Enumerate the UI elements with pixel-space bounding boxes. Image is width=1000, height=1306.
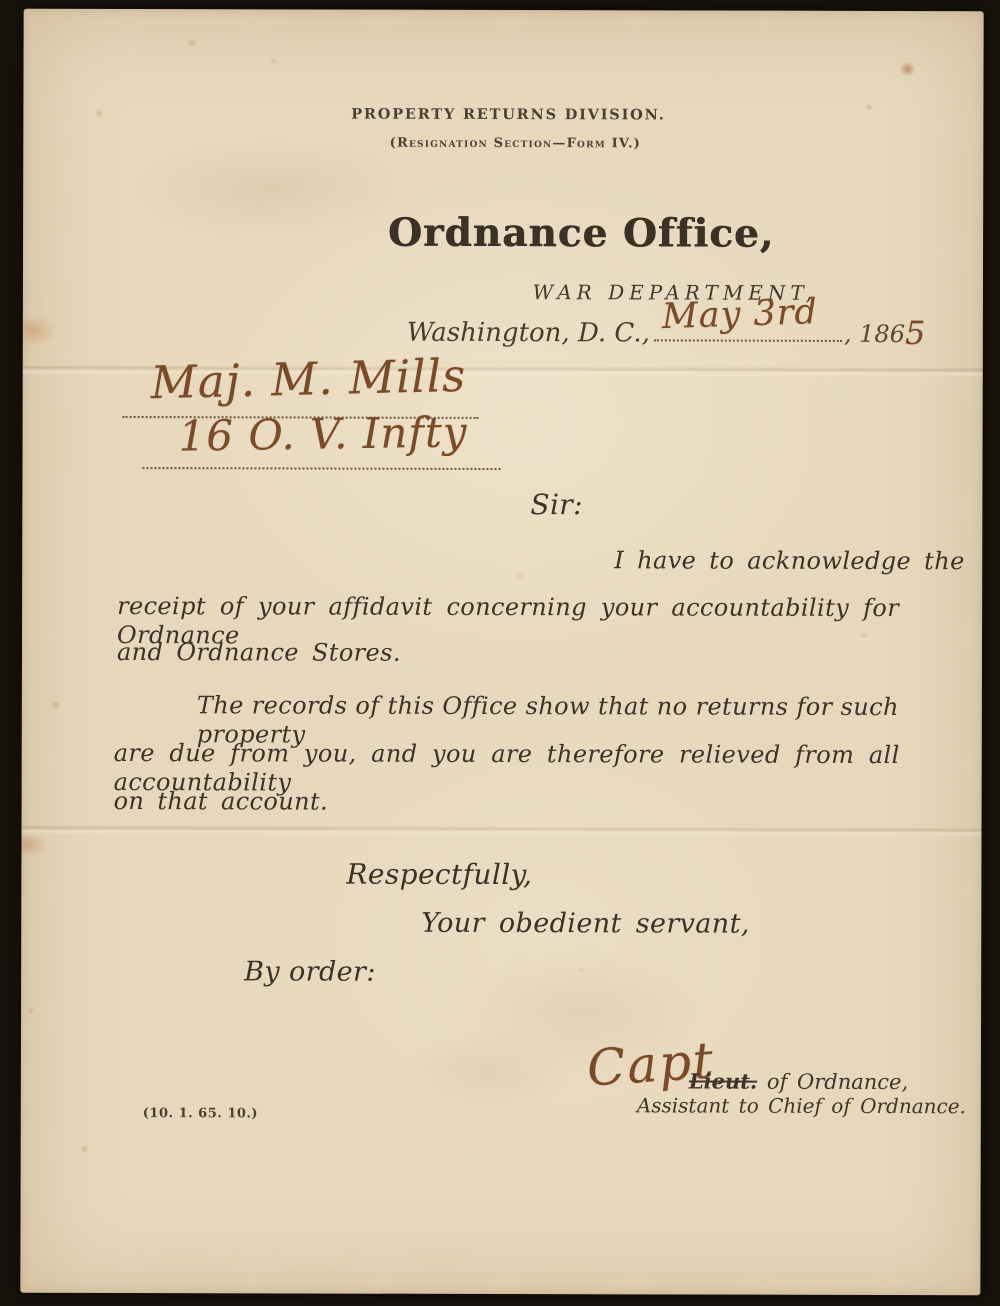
department-line: WAR DEPARTMENT, xyxy=(195,279,1000,306)
handwritten-year-digit: 5 xyxy=(905,314,925,352)
form-number: (10. 1. 65. 10.) xyxy=(143,1106,258,1122)
form-subheading: (Resignation Section—Form IV.) xyxy=(35,135,995,153)
body-paragraph2-line3: on that account. xyxy=(114,787,329,816)
closing-obedient-servant: Your obedient servant, xyxy=(421,908,750,941)
photo-background: PROPERTY RETURNS DIVISION. (Resignation … xyxy=(0,0,1000,1306)
closing-by-order: By order: xyxy=(244,956,376,989)
signature-rank-line: Lieut. of Ordnance, xyxy=(689,1068,908,1095)
date-blank-line: May 3rd xyxy=(654,309,842,341)
body-paragraph1-line3: and Ordnance Stores. xyxy=(117,638,401,668)
handwritten-date: May 3rd xyxy=(661,291,818,338)
printed-year-prefix: , 186 xyxy=(844,320,905,348)
handwritten-addressee-unit: 16 O. V. Infty xyxy=(178,407,468,462)
addressee-line-2: 16 O. V. Infty xyxy=(142,413,500,470)
closing-respectfully: Respectfully, xyxy=(346,858,532,892)
division-heading: PROPERTY RETURNS DIVISION. xyxy=(28,105,988,125)
place-label: Washington, D. C., xyxy=(407,318,650,349)
place-date-line: Washington, D. C.,May 3rd, 1865 xyxy=(407,309,926,351)
letter-document: PROPERTY RETURNS DIVISION. (Resignation … xyxy=(20,9,983,1296)
struck-printed-rank: Lieut. xyxy=(689,1068,757,1093)
body-paragraph1-line1: I have to acknowledge the xyxy=(614,546,965,576)
rank-suffix: of Ordnance, xyxy=(757,1070,908,1094)
office-title: Ordnance Office, xyxy=(101,209,1000,258)
handwritten-addressee-name: Maj. M. Mills xyxy=(150,349,467,410)
signature-title-line: Assistant to Chief of Ordnance. xyxy=(637,1093,966,1118)
salutation: Sir: xyxy=(530,488,583,522)
